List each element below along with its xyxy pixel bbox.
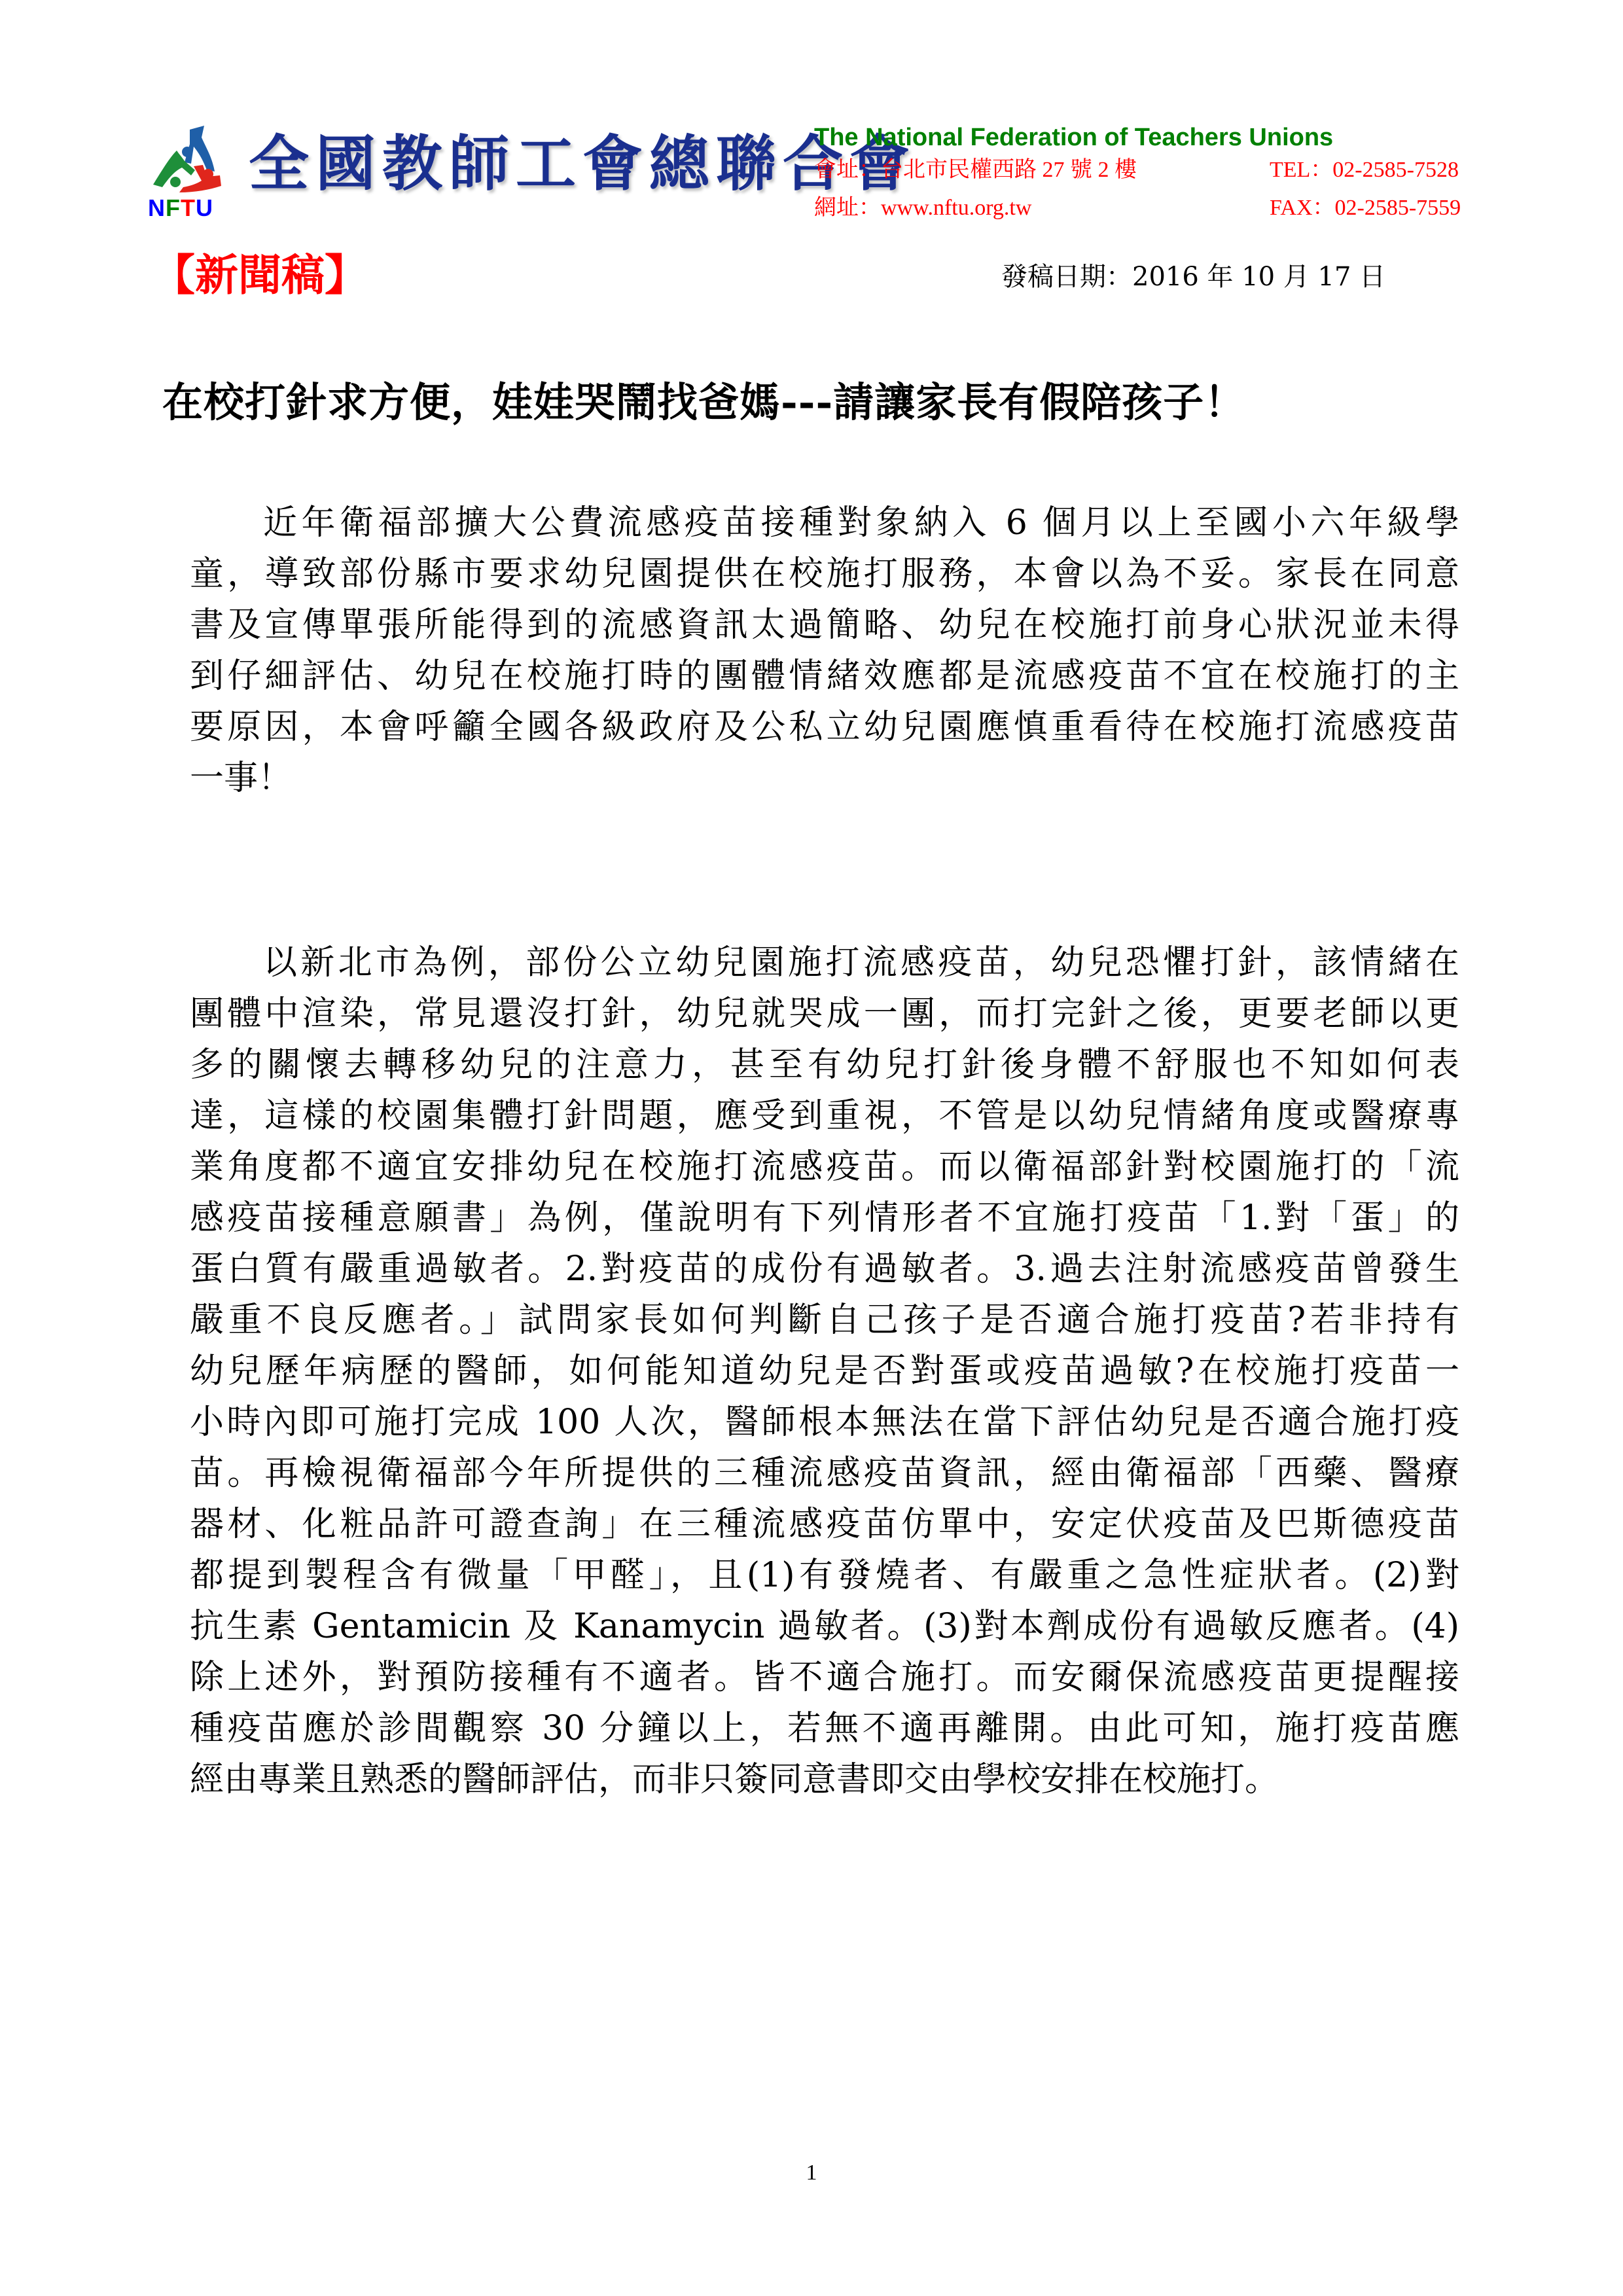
paragraph-line: 近年衛福部擴大公費流感疫苗接種對象納入 6 個月以上至國小六年級學 xyxy=(190,497,1459,548)
headline: 在校打針求方便，娃娃哭鬧找爸媽---請讓家長有假陪孩子！ xyxy=(162,376,1484,429)
paragraph-line: 抗生素 Gentamicin 及 Kanamycin 過敏者。(3)對本劑成份有… xyxy=(190,1601,1459,1652)
paragraph-line: 書及宣傳單張所能得到的流感資訊太過簡略、幼兒在校施打前身心狀況並未得 xyxy=(190,600,1459,651)
paragraph-line: 到仔細評估、幼兒在校施打時的團體情緒效應都是流感疫苗不宜在校施打的主 xyxy=(190,651,1459,702)
paragraph-line: 感疫苗接種意願書」為例，僅說明有下列情形者不宜施打疫苗「1.對「蛋」的 xyxy=(190,1193,1459,1244)
paragraph-line: 達，這樣的校園集體打針問題，應受到重視，不管是以幼兒情緒角度或醫療專 xyxy=(190,1090,1459,1141)
paragraph-line: 小時內即可施打完成 100 人次，醫師根本無法在當下評估幼兒是否適合施打疫 xyxy=(190,1397,1459,1448)
paragraph-2: 以新北市為例，部份公立幼兒園施打流感疫苗，幼兒恐懼打針，該情緒在 團體中渲染，常… xyxy=(190,937,1459,1805)
page-number: 1 xyxy=(798,2160,825,2186)
paragraph-line: 業角度都不適宜安排幼兒在校施打流感疫苗。而以衛福部針對校園施打的「流 xyxy=(190,1141,1459,1193)
paragraph-line: 器材、化粧品許可證查詢」在三種流感疫苗仿單中，安定伏疫苗及巴斯德疫苗 xyxy=(190,1499,1459,1550)
paragraph-line: 苗。再檢視衛福部今年所提供的三種流感疫苗資訊，經由衛福部「西藥、醫療 xyxy=(190,1448,1459,1499)
paragraph-line: 蛋白質有嚴重過敏者。2.對疫苗的成份有過敏者。3.過去注射流感疫苗曾發生 xyxy=(190,1244,1459,1295)
paragraph-line: 多的關懷去轉移幼兒的注意力，甚至有幼兒打針後身體不舒服也不知如何表 xyxy=(190,1039,1459,1090)
paragraph-line: 嚴重不良反應者。」試問家長如何判斷自己孩子是否適合施打疫苗?若非持有 xyxy=(190,1295,1459,1346)
paragraph-line: 經由專業且熟悉的醫師評估，而非只簽同意書即交由學校安排在校施打。 xyxy=(190,1754,1459,1805)
paragraph-line: 種疫苗應於診間觀察 30 分鐘以上，若無不適再離開。由此可知，施打疫苗應 xyxy=(190,1703,1459,1754)
org-website[interactable]: 網址：www.nftu.org.tw xyxy=(814,195,1031,221)
org-fax: FAX：02-2585-7559 xyxy=(1270,195,1461,221)
org-name-english: The National Federation of Teachers Unio… xyxy=(814,123,1333,152)
paragraph-line: 以新北市為例，部份公立幼兒園施打流感疫苗，幼兒恐懼打針，該情緒在 xyxy=(190,937,1459,988)
nftu-logo: NFTU xyxy=(144,124,242,223)
org-telephone: TEL：02-2585-7528 xyxy=(1270,157,1459,183)
release-date: 發稿日期：2016 年 10 月 17 日 xyxy=(1001,260,1385,293)
paragraph-line: 團體中渲染，常見還沒打針，幼兒就哭成一團，而打完針之後，更要老師以更 xyxy=(190,988,1459,1039)
press-release-label: 【新聞稿】 xyxy=(152,249,368,301)
paragraph-line: 都提到製程含有微量「甲醛」，且(1)有發燒者、有嚴重之急性症狀者。(2)對 xyxy=(190,1550,1459,1601)
paragraph-line: 除上述外，對預防接種有不適者。皆不適合施打。而安爾保流感疫苗更提醒接 xyxy=(190,1652,1459,1703)
paragraph-line: 要原因，本會呼籲全國各級政府及公私立幼兒園應慎重看待在校施打流感疫苗 xyxy=(190,702,1459,753)
paragraph-line: 一事！ xyxy=(190,753,1459,804)
three-figures-logo-icon xyxy=(144,124,242,196)
org-address: 會址：台北市民權西路 27 號 2 樓 xyxy=(814,157,1137,183)
paragraph-line: 幼兒歷年病歷的醫師，如何能知道幼兒是否對蛋或疫苗過敏?在校施打疫苗一 xyxy=(190,1346,1459,1397)
nftu-wordmark: NFTU xyxy=(148,196,213,220)
paragraph-1: 近年衛福部擴大公費流感疫苗接種對象納入 6 個月以上至國小六年級學 童，導致部份… xyxy=(190,497,1459,804)
paragraph-line: 童，導致部份縣市要求幼兒園提供在校施打服務，本會以為不妥。家長在同意 xyxy=(190,548,1459,600)
